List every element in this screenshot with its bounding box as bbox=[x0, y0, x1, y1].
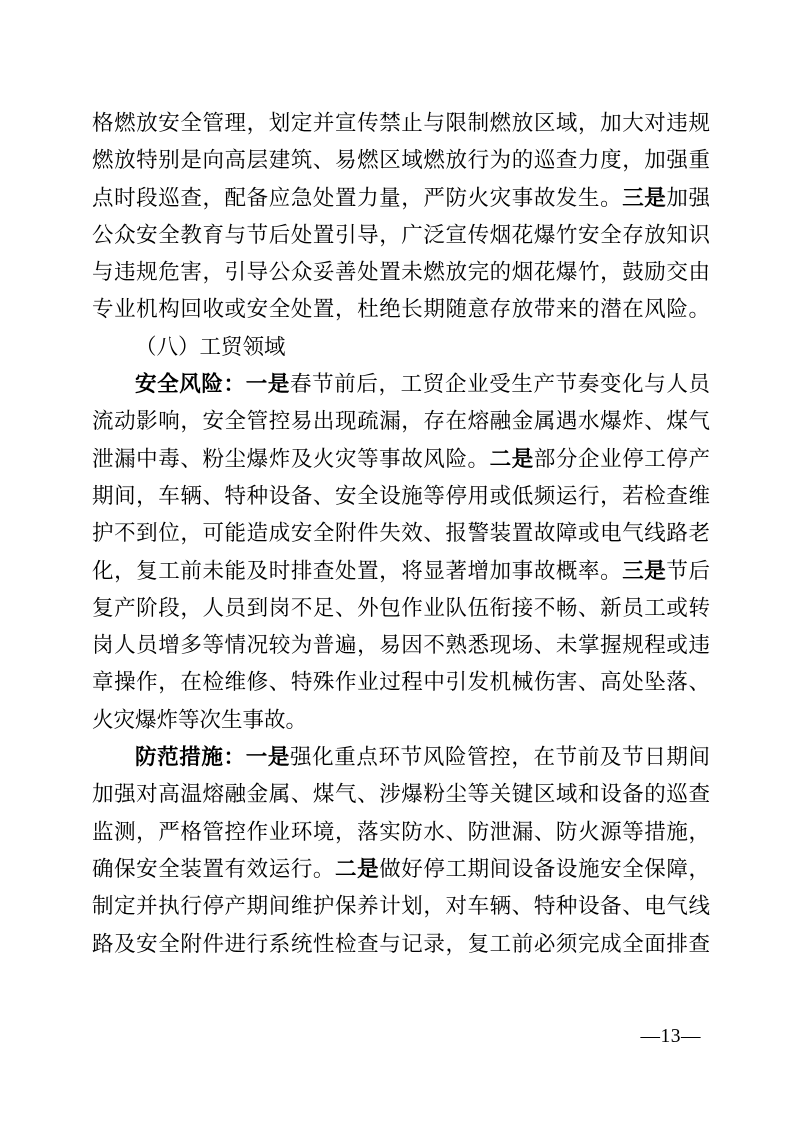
body-text-segment: 春节前后，工贸企业受生产节奏变化与人员 bbox=[290, 372, 710, 396]
body-text-segment: 与违规危害，引导公众妥善处置未燃放完的烟花爆竹，鼓励交由 bbox=[92, 260, 710, 284]
body-text-segment: 章操作，在检维修、特殊作业过程中引发机械伤害、高处坠落、 bbox=[92, 670, 710, 694]
body-text-segment: 燃放特别是向高层建筑、易燃区域燃放行为的巡查力度，加强重 bbox=[92, 148, 710, 172]
body-text-segment: （八）工贸领域 bbox=[135, 335, 286, 359]
text-line: 安全风险：一是春节前后，工贸企业受生产节奏变化与人员 bbox=[92, 366, 710, 403]
text-line: 护不到位，可能造成安全附件失效、报警装置故障或电气线路老 bbox=[92, 515, 710, 552]
body-text-segment: 做好停工期间设备设施安全保障， bbox=[379, 857, 710, 881]
text-line: 加强对高温熔融金属、煤气、涉爆粉尘等关键区域和设备的巡查 bbox=[92, 776, 710, 813]
text-line: 泄漏中毒、粉尘爆炸及火灾等事故风险。二是部分企业停工停产 bbox=[92, 441, 710, 478]
body-text-segment: 泄漏中毒、粉尘爆炸及火灾等事故风险。 bbox=[92, 447, 490, 471]
body-text-segment: 确保安全装置有效运行。 bbox=[92, 857, 335, 881]
text-line: 制定并执行停产期间维护保养计划，对车辆、特种设备、电气线 bbox=[92, 888, 710, 925]
text-line: 火灾爆炸等次生事故。 bbox=[92, 702, 710, 739]
body-text-segment: 岗人员增多等情况较为普遍，易因不熟悉现场、未掌握规程或违 bbox=[92, 633, 710, 657]
body-text-segment: 制定并执行停产期间维护保养计划，对车辆、特种设备、电气线 bbox=[92, 894, 710, 918]
section-heading: （八）工贸领域 bbox=[92, 329, 710, 366]
text-line: 公众安全教育与节后处置引导，广泛宣传烟花爆竹安全存放知识 bbox=[92, 217, 710, 254]
emphasis-text-segment: 三是 bbox=[622, 559, 666, 583]
body-text-segment: 期间，车辆、特种设备、安全设施等停用或低频运行，若检查维 bbox=[92, 484, 710, 508]
text-line: 燃放特别是向高层建筑、易燃区域燃放行为的巡查力度，加强重 bbox=[92, 142, 710, 179]
body-text-segment: 公众安全教育与节后处置引导，广泛宣传烟花爆竹安全存放知识 bbox=[92, 223, 710, 247]
body-text-segment: 部分企业停工停产 bbox=[534, 447, 710, 471]
text-line: 复产阶段，人员到岗不足、外包作业队伍衔接不畅、新员工或转 bbox=[92, 590, 710, 627]
body-text-segment: 格燃放安全管理，划定并宣传禁止与限制燃放区域，加大对违规 bbox=[92, 111, 710, 135]
text-line: 流动影响，安全管控易出现疏漏，存在熔融金属遇水爆炸、煤气 bbox=[92, 403, 710, 440]
emphasis-text-segment: 安全风险：一是 bbox=[135, 372, 290, 396]
text-line: 专业机构回收或安全处置，杜绝长期随意存放带来的潜在风险。 bbox=[92, 291, 710, 328]
body-text-segment: 路及安全附件进行系统性检查与记录，复工前必须完成全面排查 bbox=[92, 932, 710, 956]
body-text-segment: 化，复工前未能及时排查处置，将显著增加事故概率。 bbox=[92, 559, 622, 583]
text-line: 防范措施：一是强化重点环节风险管控，在节前及节日期间 bbox=[92, 739, 710, 776]
body-text-segment: 火灾爆炸等次生事故。 bbox=[92, 708, 307, 732]
emphasis-text-segment: 二是 bbox=[490, 447, 534, 471]
body-text-segment: 流动影响，安全管控易出现疏漏，存在熔融金属遇水爆炸、煤气 bbox=[92, 409, 710, 433]
text-line: 监测，严格管控作业环境，落实防水、防泄漏、防火源等措施， bbox=[92, 814, 710, 851]
document-body: 格燃放安全管理，划定并宣传禁止与限制燃放区域，加大对违规燃放特别是向高层建筑、易… bbox=[92, 105, 710, 963]
text-line: 格燃放安全管理，划定并宣传禁止与限制燃放区域，加大对违规 bbox=[92, 105, 710, 142]
text-line: 岗人员增多等情况较为普遍，易因不熟悉现场、未掌握规程或违 bbox=[92, 627, 710, 664]
page-number: —13— bbox=[641, 1026, 702, 1048]
document-page: 格燃放安全管理，划定并宣传禁止与限制燃放区域，加大对违规燃放特别是向高层建筑、易… bbox=[0, 0, 793, 1122]
body-text-segment: 监测，严格管控作业环境，落实防水、防泄漏、防火源等措施， bbox=[92, 820, 710, 844]
body-text-segment: 专业机构回收或安全处置，杜绝长期随意存放带来的潜在风险。 bbox=[92, 297, 710, 321]
text-line: 确保安全装置有效运行。二是做好停工期间设备设施安全保障， bbox=[92, 851, 710, 888]
text-line: 路及安全附件进行系统性检查与记录，复工前必须完成全面排查 bbox=[92, 926, 710, 963]
emphasis-text-segment: 二是 bbox=[335, 857, 379, 881]
emphasis-text-segment: 防范措施：一是 bbox=[135, 745, 290, 769]
body-text-segment: 护不到位，可能造成安全附件失效、报警装置故障或电气线路老 bbox=[92, 521, 710, 545]
text-line: 化，复工前未能及时排查处置，将显著增加事故概率。三是节后 bbox=[92, 553, 710, 590]
body-text-segment: 强化重点环节风险管控，在节前及节日期间 bbox=[290, 745, 710, 769]
text-line: 点时段巡查，配备应急处置力量，严防火灾事故发生。三是加强 bbox=[92, 180, 710, 217]
text-line: 章操作，在检维修、特殊作业过程中引发机械伤害、高处坠落、 bbox=[92, 664, 710, 701]
body-text-segment: 加强 bbox=[666, 186, 710, 210]
body-text-segment: 加强对高温熔融金属、煤气、涉爆粉尘等关键区域和设备的巡查 bbox=[92, 782, 710, 806]
text-line: 期间，车辆、特种设备、安全设施等停用或低频运行，若检查维 bbox=[92, 478, 710, 515]
body-text-segment: 点时段巡查，配备应急处置力量，严防火灾事故发生。 bbox=[92, 186, 622, 210]
emphasis-text-segment: 三是 bbox=[622, 186, 666, 210]
text-line: 与违规危害，引导公众妥善处置未燃放完的烟花爆竹，鼓励交由 bbox=[92, 254, 710, 291]
body-text-segment: 复产阶段，人员到岗不足、外包作业队伍衔接不畅、新员工或转 bbox=[92, 596, 710, 620]
body-text-segment: 节后 bbox=[666, 559, 710, 583]
